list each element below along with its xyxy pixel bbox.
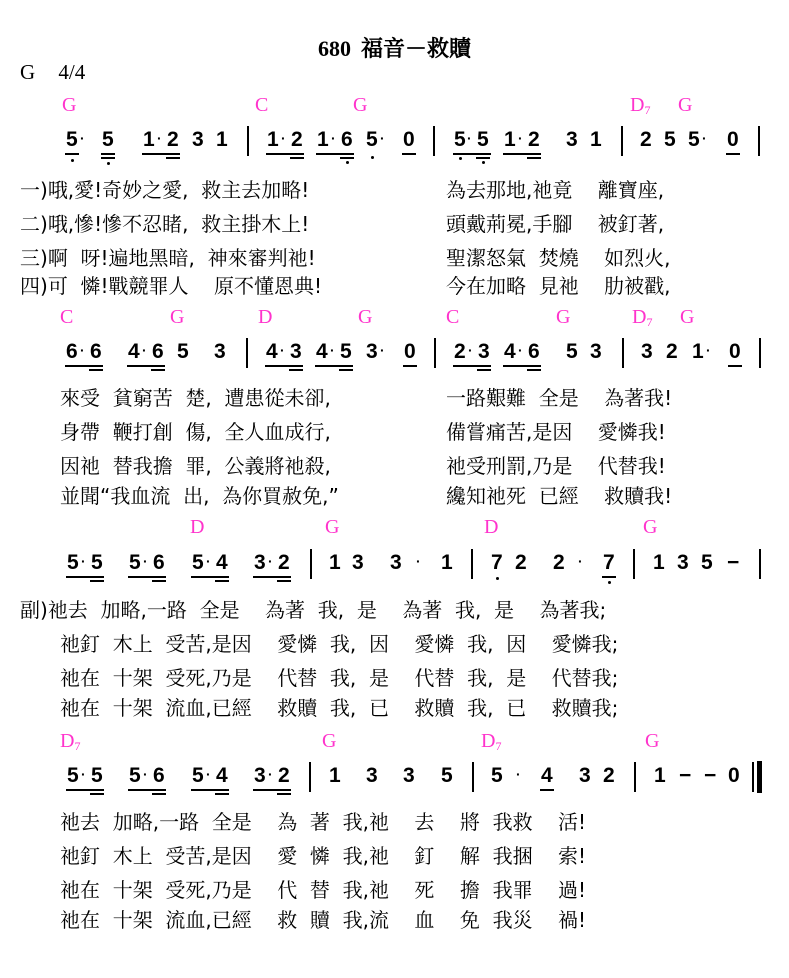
lyric-line: 二)哦,慘!慘不忍睹, 救主掛木上! [20, 208, 309, 237]
lyric-line: 祂去 加略,一路 全是 為 著 我,祂 去 將 我救 活! [60, 806, 586, 835]
final-barline-thick [757, 761, 762, 793]
barline [471, 549, 473, 579]
barline [433, 126, 435, 156]
lyric-line: 祂在 十架 受死,乃是 代替 我, 是 代替 我, 是 代替我; [60, 662, 618, 691]
key-signature: G 4/4 [20, 60, 85, 85]
barline [634, 762, 636, 792]
lyric-line: 祂在 十架 受死,乃是 代 替 我,祂 死 擔 我罪 過! [60, 874, 586, 903]
chord: D7 [481, 730, 501, 754]
chord: G [170, 306, 184, 329]
lyric-line: 身帶 鞭打創 傷, 全人血成行, [60, 416, 331, 445]
lyric-line: 來受 貧窮苦 楚, 遭患從未卻, [60, 382, 331, 411]
lyric-line: 為去那地,祂竟 離寶座, [446, 174, 664, 203]
chord: D [190, 516, 204, 539]
chord: G [556, 306, 570, 329]
barline [758, 126, 760, 156]
time-signature: 4/4 [58, 60, 85, 84]
barline [622, 338, 624, 368]
lyric-line: 備嘗痛苦,是因 愛憐我! [446, 416, 666, 445]
barline [310, 549, 312, 579]
hymn-number: 680 [318, 36, 351, 61]
chord: C [446, 306, 459, 329]
chord: G [680, 306, 694, 329]
lyric-line: 今在加略 見祂 肋被戳, [446, 270, 671, 299]
lyric-line: 纔知祂死 已經 救贖我! [446, 480, 672, 509]
lyric-line: 副)祂去 加略,一路 全是 為著 我, 是 為著 我, 是 為著我; [20, 594, 606, 623]
barline [759, 338, 761, 368]
lyric-line: 並聞“我血流 出, 為你買赦免,” [60, 480, 339, 509]
final-barline-thin [752, 762, 754, 792]
lyric-line: 祂在 十架 流血,已經 救贖 我, 已 救贖 我, 已 救贖我; [60, 692, 618, 721]
chord: G [322, 730, 336, 753]
chord: G [358, 306, 372, 329]
chord: G [325, 516, 339, 539]
chord: D7 [630, 94, 650, 118]
barline [434, 338, 436, 368]
chord: G [62, 94, 76, 117]
chord: G [678, 94, 692, 117]
barline [621, 126, 623, 156]
chord: G [353, 94, 367, 117]
barline [309, 762, 311, 792]
lyric-line: 聖潔怒氣 焚燒 如烈火, [446, 242, 671, 271]
chord: D [484, 516, 498, 539]
lyric-line: 一路艱難 全是 為著我! [446, 382, 672, 411]
lyric-line: 祂釘 木上 受苦,是因 愛 憐 我,祂 釘 解 我捆 索! [60, 840, 586, 869]
lyric-line: 因祂 替我擔 罪, 公義將祂殺, [60, 450, 331, 479]
barline [472, 762, 474, 792]
chord: G [645, 730, 659, 753]
lyric-line: 一)哦,愛!奇妙之愛, 救主去加略! [20, 174, 309, 203]
barline [759, 549, 761, 579]
chord: C [255, 94, 268, 117]
lyric-line: 四)可 憐!戰競罪人 原不懂恩典! [20, 270, 322, 299]
chord: G [643, 516, 657, 539]
lyric-line: 祂受刑罰,乃是 代替我! [446, 450, 666, 479]
lyric-line: 祂釘 木上 受苦,是因 愛憐 我, 因 愛憐 我, 因 愛憐我; [60, 628, 618, 657]
hymn-name: 福音－救贖 [361, 37, 471, 62]
hymn-title: 680福音－救贖 [0, 32, 789, 63]
barline [247, 126, 249, 156]
chord: D7 [60, 730, 80, 754]
chord: D7 [632, 306, 652, 330]
lyric-line: 祂在 十架 流血,已經 救 贖 我,流 血 免 我災 禍! [60, 904, 586, 933]
lyric-line: 三)啊 呀!遍地黑暗, 神來審判祂! [20, 242, 316, 271]
key: G [20, 60, 35, 84]
chord: D [258, 306, 272, 329]
chord: C [60, 306, 73, 329]
lyric-line: 頭戴荊冕,手腳 被釘著, [446, 208, 664, 237]
barline [633, 549, 635, 579]
barline [246, 338, 248, 368]
